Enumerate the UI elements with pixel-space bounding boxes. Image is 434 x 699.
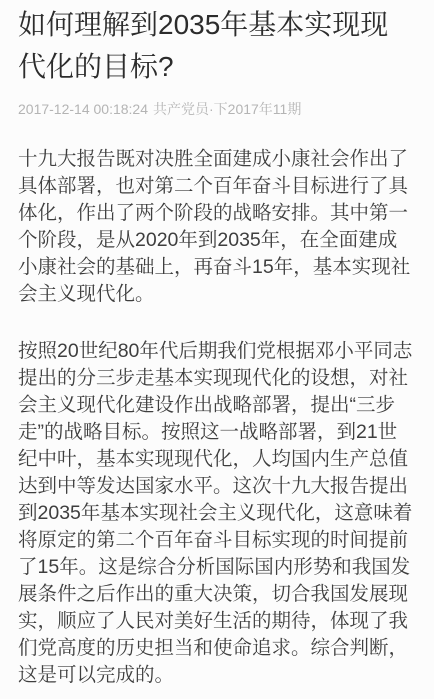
article-meta: 2017-12-14 00:18:24共产党员·下2017年11期 [18, 99, 416, 119]
article-meta-source: 共产党员·下2017年11期 [153, 101, 301, 117]
body-paragraph: 按照20世纪80年代后期我们党根据邓小平同志提出的分三步走基本实现现代化的设想，… [18, 338, 416, 689]
article-page: 如何理解到2035年基本实现现代化的目标? 2017-12-14 00:18:2… [0, 0, 434, 689]
article-body: 十九大报告既对决胜全面建成小康社会作出了具体部署，也对第二个百年奋斗目标进行了具… [18, 146, 416, 689]
body-paragraph: 十九大报告既对决胜全面建成小康社会作出了具体部署，也对第二个百年奋斗目标进行了具… [18, 146, 416, 308]
article-title: 如何理解到2035年基本实现现代化的目标? [18, 4, 416, 88]
article-meta-datetime: 2017-12-14 00:18:24 [18, 101, 148, 117]
